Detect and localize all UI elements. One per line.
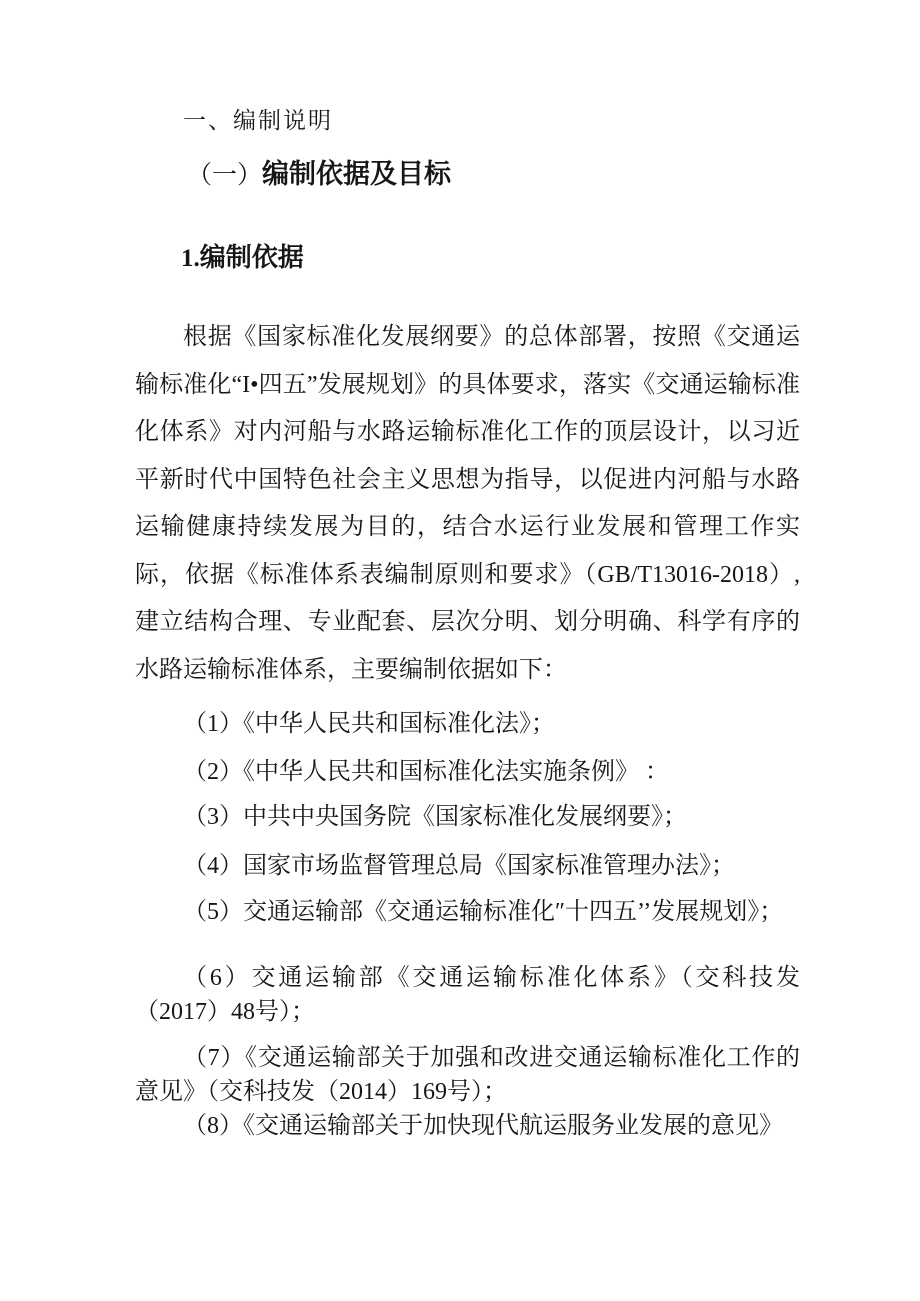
document-page: 一、编制说明 （一）编制依据及目标 1.编制依据 根据《国家标准化发展纲要》的总… [0,0,920,1301]
sub-subsection-heading-number: 1. [181,245,200,272]
body-paragraph: 根据《国家标准化发展纲要》的总体部署，按照《交通运输标准化“I•四五”发展规划》… [135,314,800,694]
document-content: 一、编制说明 （一）编制依据及目标 1.编制依据 根据《国家标准化发展纲要》的总… [135,0,800,1143]
subsection-heading-text: 编制依据及目标 [262,159,451,189]
list-item: （5）交通运输部《交通运输标准化″十四五’’发展规划》； [135,895,800,929]
list-item: （4）国家市场监督管理总局《国家标准管理办法》； [135,849,800,883]
list-item: （3）中共中央国务院《国家标准化发展纲要》； [135,800,800,834]
list-item: （2）《中华人民共和国标准化法实施条例》 ： [135,755,800,789]
sub-subsection-heading-text: 编制依据 [200,242,304,272]
subsection-heading: （一）编制依据及目标 [135,156,800,197]
section-heading: 一、编制说明 [135,106,800,136]
list-item: （8）《交通运输部关于加快现代航运服务业发展的意见》 [135,1109,800,1143]
subsection-heading-number: （一） [187,162,262,189]
sub-subsection-heading: 1.编制依据 [135,239,800,280]
list-item: （7）《交通运输部关于加强和改进交通运输标准化工作的意见》（交科技发（2014）… [135,1041,800,1109]
list-item: （1）《中华人民共和国标准化法》； [135,707,800,741]
list-item: （6）交通运输部《交通运输标准化体系》（交科技发（2017）48号）； [135,961,800,1029]
